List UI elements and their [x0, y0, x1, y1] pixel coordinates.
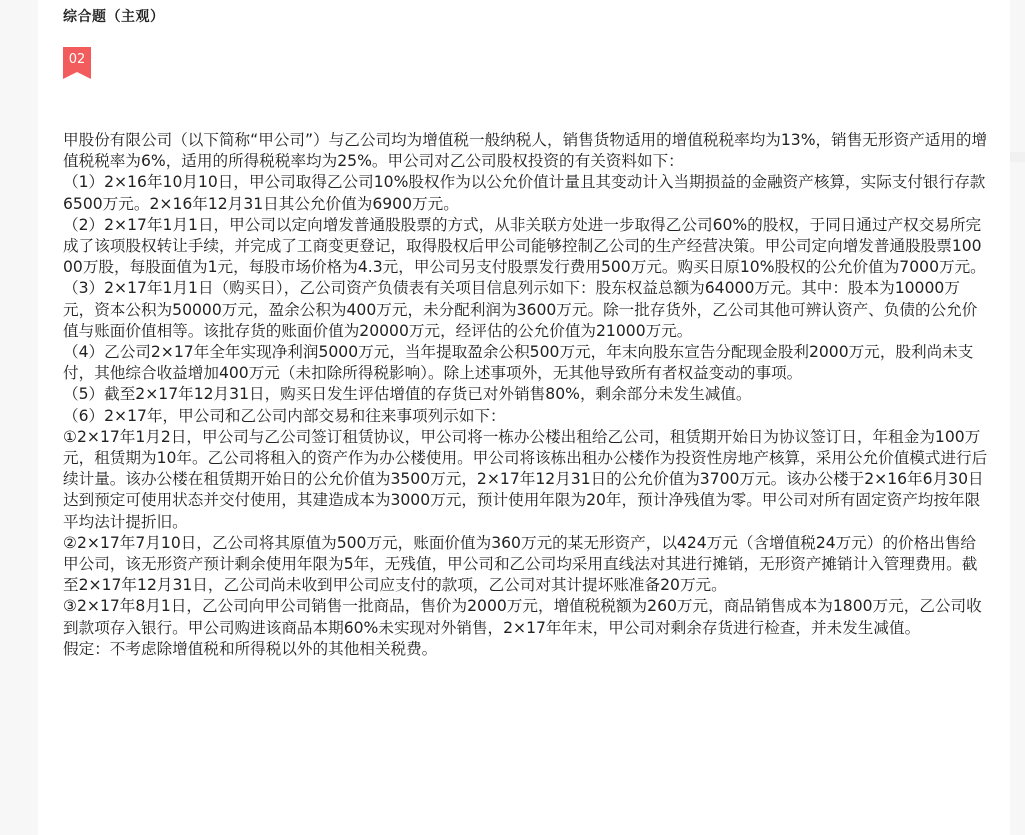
question-item-6-sub-2: ②2×17年7月10日，乙公司将其原值为500万元，账面价值为360万元的某无形… [63, 533, 988, 597]
gutter-segment [1010, 152, 1025, 162]
question-intro: 甲股份有限公司（以下简称“甲公司”）与乙公司均为增值税一般纳税人，销售货物适用的… [63, 130, 988, 172]
question-item-4: （4）乙公司2×17年全年实现净利润5000万元，当年提取盈余公积500万元，年… [63, 342, 988, 384]
question-item-6: （6）2×17年，甲公司和乙公司内部交易和往来事项列示如下： [63, 406, 988, 427]
right-scroll-gutter [1010, 0, 1025, 835]
question-item-2: （2）2×17年1月1日，甲公司以定向增发普通股股票的方式，从非关联方处进一步取… [63, 215, 988, 279]
question-item-6-sub-3: ③2×17年8月1日，乙公司向甲公司销售一批商品，售价为2000万元，增值税税额… [63, 596, 988, 638]
question-assumption: 假定：不考虑除增值税和所得税以外的其他相关税费。 [63, 639, 988, 660]
question-item-5: （5）截至2×17年12月31日，购买日发生评估增值的存货已对外销售80%，剩余… [63, 384, 988, 405]
question-item-1: （1）2×16年10月10日，甲公司取得乙公司10%股权作为以公允价值计量且其变… [63, 172, 988, 214]
question-body: 甲股份有限公司（以下简称“甲公司”）与乙公司均为增值税一般纳税人，销售货物适用的… [63, 130, 988, 660]
question-item-3: （3）2×17年1月1日（购买日），乙公司资产负债表有关项目信息列示如下：股东权… [63, 278, 988, 342]
question-item-6-sub-1: ①2×17年1月2日，甲公司与乙公司签订租赁协议，甲公司将一栋办公楼出租给乙公司… [63, 427, 988, 533]
question-number: 02 [69, 52, 86, 67]
section-title: 综合题（主观） [63, 6, 165, 26]
